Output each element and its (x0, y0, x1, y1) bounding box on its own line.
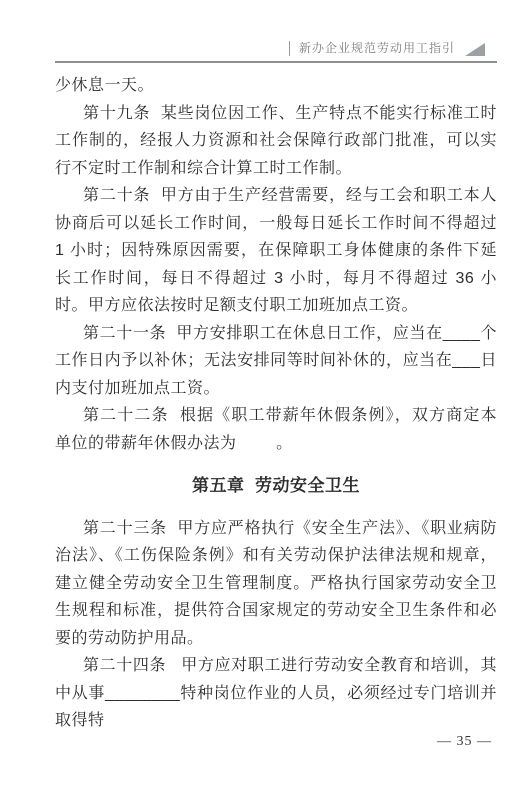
document-body: 少休息一天。 第十九条 某些岗位因工作、生产特点不能实行标准工时工作制的，经报人… (55, 72, 497, 735)
page-number: — 35 — (437, 734, 492, 749)
paragraph-article-21: 第二十一条 甲方安排职工在休息日工作，应当在____个工作日内予以补休；无法安排… (55, 320, 497, 403)
paragraph-article-22: 第二十二条 根据《职工带薪年休假条例》，双方商定本单位的带薪年休假办法为 。 (55, 402, 497, 457)
paragraph-article-24: 第二十四条 甲方应对职工进行劳动安全教育和培训，其中从事________特种岗位… (55, 652, 497, 735)
chapter-heading: 第五章 劳动安全卫生 (55, 472, 497, 500)
paragraph-article-23: 第二十三条 甲方应严格执行《安全生产法》、《职业病防治法》、《工伤保险条例》和有… (55, 515, 497, 653)
header-title: 新办企业规范劳动用工指引 (299, 40, 455, 56)
corner-triangle-icon (465, 43, 485, 56)
header-divider (289, 41, 290, 56)
document-page: 新办企业规范劳动用工指引 少休息一天。 第十九条 某些岗位因工作、生产特点不能实… (0, 0, 529, 794)
paragraph-article-19: 第十九条 某些岗位因工作、生产特点不能实行标准工时工作制的，经报人力资源和社会保… (55, 100, 497, 183)
paragraph-continuation: 少休息一天。 (55, 72, 497, 100)
page-footer: — 35 — (437, 734, 492, 750)
page-header: 新办企业规范劳动用工指引 (55, 40, 497, 63)
paragraph-article-20: 第二十条 甲方由于生产经营需要，经与工会和职工本人协商后可以延长工作时间，一般每… (55, 182, 497, 320)
